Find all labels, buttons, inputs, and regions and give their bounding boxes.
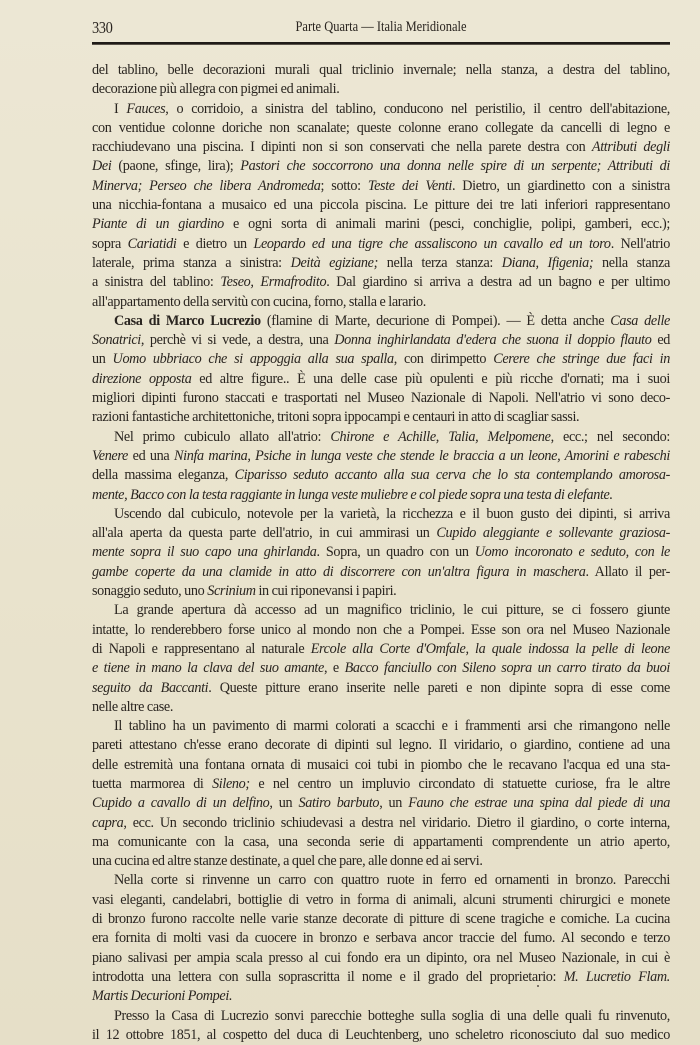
italic-text: Sonatrici (92, 332, 141, 348)
text-run: La grande apertura dà accesso ad un magn… (114, 602, 670, 618)
text-run: una cucina ed altre stanze destinate, a … (92, 853, 483, 869)
text-line: all'appartamento della servitù con cucin… (92, 293, 670, 312)
text-run: (flamine di Marte, decurione di Pompei).… (261, 313, 611, 329)
text-line: Casa di Marco Lucrezio (flamine di Marte… (92, 312, 670, 331)
text-line: laterale, prima stanza a sinistra: Deità… (92, 254, 670, 273)
italic-text: Teseo, Ermafrodito (220, 274, 326, 290)
bold-text: Casa di Marco Lucrezio (114, 313, 261, 329)
text-line: Uscendo dal cubiculo, notevole per la va… (92, 505, 670, 524)
text-run: con ventidue colonne doriche non scanala… (92, 120, 670, 136)
italic-text: Minerva; Perseo che libera Andromeda (92, 178, 321, 194)
text-run: di Napoli e rappresentano al naturale (92, 641, 311, 657)
text-run: razioni fantastiche architettoniche, tri… (92, 409, 579, 425)
text-run: il 12 ottobre 1851, al cospetto del duca… (92, 1027, 670, 1043)
text-run: . Dietro, un giardinetto con a sinistra (452, 178, 670, 194)
text-line: una nicchia-fontana a musaico ed una pic… (92, 196, 670, 215)
italic-text: Pastori che soccorrono una donna nelle s… (240, 158, 670, 174)
text-line: Presso la Casa di Lucrezio sonvi parecch… (92, 1007, 670, 1026)
italic-text: e tiene in mano la clava del suo amante (92, 660, 324, 676)
text-run: pareti attestano ch'esse erano decorate … (92, 737, 670, 753)
text-run: nella terza stanza: (378, 255, 502, 271)
text-line: gambe coperte da una clamide in atto di … (92, 563, 670, 582)
text-line: Nel primo cubiculo allato all'atrio: Chi… (92, 428, 670, 447)
text-run: ma comunicante con la casa, una seconda … (92, 834, 670, 850)
italic-text: Ninfa marina, Psiche in lunga veste che … (174, 448, 670, 464)
text-line: di Napoli e rappresentano al naturale Er… (92, 640, 670, 659)
italic-text: Chirone e Achille, Talia, Melpomene (330, 429, 550, 445)
text-line: e tiene in mano la clava del suo amante,… (92, 659, 670, 678)
text-run: , ecc.; nel secondo: (551, 429, 670, 445)
text-line: Sonatrici, perchè vi si vede, a destra, … (92, 331, 670, 350)
book-page: 330 Parte Quarta — Italia Meridionale de… (92, 14, 670, 1045)
text-line: delle estremità una fontana ornata di mu… (92, 756, 670, 775)
italic-text: Dei (92, 158, 111, 174)
text-run: e ogni sorta di animali marini (pesci, c… (224, 216, 670, 232)
text-line: decorazione più allegra con pigmei ed an… (92, 80, 670, 99)
text-run: , o corridoio, a sinistra del tablino, c… (165, 101, 670, 117)
text-run: nella stanza (593, 255, 670, 271)
text-run: laterale, prima stanza a sinistra: (92, 255, 291, 271)
text-run: Presso la Casa di Lucrezio sonvi parecch… (114, 1008, 670, 1024)
italic-text: capra (92, 815, 123, 831)
italic-text: Cerere che stringe due faci in (493, 351, 670, 367)
text-run: Uscendo dal cubiculo, notevole per la va… (114, 506, 670, 522)
body-text: del tablino, belle decorazioni murali qu… (92, 61, 670, 1045)
text-line: Cupido a cavallo di un delfino, un Satir… (92, 794, 670, 813)
italic-text: Leopardo ed una tigre che assaliscono un… (253, 236, 610, 252)
text-line: I Fauces, o corridoio, a sinistra del ta… (92, 100, 670, 119)
text-run: di bronzo furono raccolte nelle varie st… (92, 911, 670, 927)
italic-text: Cupido a cavallo di un delfino (92, 795, 269, 811)
italic-text: Cupido aleggiante e sollevante graziosa- (436, 525, 670, 541)
text-run: delle estremità una fontana ornata di mu… (92, 757, 670, 773)
text-run: sopra (92, 236, 128, 252)
text-run: sonaggio seduto, uno (92, 583, 207, 599)
text-run: vasi eleganti, candelabri, bottiglie di … (92, 892, 670, 908)
running-title: Parte Quarta — Italia Meridionale (132, 19, 629, 36)
text-run: Nel primo cubiculo allato all'atrio: (114, 429, 330, 445)
text-line: Venere ed una Ninfa marina, Psiche in lu… (92, 447, 670, 466)
text-run: del tablino, belle decorazioni murali qu… (92, 62, 670, 78)
text-run: ed (652, 332, 671, 348)
italic-text: Sileno; (212, 776, 250, 792)
text-line: seguito da Baccanti. Queste pitture eran… (92, 679, 670, 698)
italic-text: Deità egiziane; (291, 255, 378, 271)
text-run: tuetta marmorea di (92, 776, 212, 792)
italic-text: Cariatidi (128, 236, 177, 252)
text-line: vasi eleganti, candelabri, bottiglie di … (92, 891, 670, 910)
text-line: direzione opposta ed altre figure.. È un… (92, 370, 670, 389)
text-line: introdotta una lettera con sulla soprasc… (92, 968, 670, 987)
text-run: decorazione più allegra con pigmei ed an… (92, 81, 339, 97)
text-line: sopra Cariatidi e dietro un Leopardo ed … (92, 235, 670, 254)
text-line: un Uomo ubbriaco che si appoggia alla su… (92, 350, 670, 369)
italic-text: Teste dei Venti (368, 178, 452, 194)
text-line: Dei (paone, sfinge, lira); Pastori che s… (92, 157, 670, 176)
paper-speck (537, 985, 539, 987)
text-run: piano salivasi per ampia scala presso al… (92, 950, 670, 966)
text-run: una nicchia-fontana a musaico ed una pic… (92, 197, 670, 213)
text-run: . Dal giardino si arriva a destra ad un … (326, 274, 670, 290)
italic-text: Fauno che estrae una spina dal piede di … (408, 795, 670, 811)
header-rule (92, 42, 670, 45)
text-run: , con dirimpetto (394, 351, 493, 367)
text-line: all'ala aperta da questa parte dell'atri… (92, 524, 670, 543)
italic-text: Casa delle (610, 313, 670, 329)
text-run: a sinistra del tablino: (92, 274, 220, 290)
text-run: e nel centro un impluvio circondato di s… (250, 776, 670, 792)
italic-text: Ciparisso seduto accanto alla sua cerva … (235, 467, 670, 483)
running-head: 330 Parte Quarta — Italia Meridionale (92, 14, 670, 42)
italic-text: gambe coperte da una clamide in atto di … (92, 564, 585, 580)
text-line: nelle altre case. (92, 698, 670, 717)
text-run: ; sotto: (321, 178, 368, 194)
text-run: all'appartamento della servitù con cucin… (92, 294, 426, 310)
text-line: Martis Decurioni Pompei. (92, 987, 670, 1006)
italic-text: direzione opposta (92, 371, 191, 387)
italic-text: Donna inghirlandata d'edera che suona il… (334, 332, 651, 348)
page-number: 330 (92, 18, 112, 38)
text-run: intatte, lo renderebbero forse unico al … (92, 622, 670, 638)
text-run: della massima eleganza, (92, 467, 235, 483)
italic-text: Fauces (126, 101, 165, 117)
italic-text: Ercole alla Corte d'Omfale, la quale ind… (311, 641, 670, 657)
text-run: in cui riponevansi i papiri. (256, 583, 397, 599)
text-run: all'ala aperta da questa parte dell'atri… (92, 525, 436, 541)
text-run: introdotta una lettera con sulla soprasc… (92, 969, 564, 985)
italic-text: M. Lucretio Flam. (564, 969, 670, 985)
text-line: La grande apertura dà accesso ad un magn… (92, 601, 670, 620)
italic-text: Diana, Ifigenia; (502, 255, 593, 271)
italic-text: Attributi degli (592, 139, 670, 155)
italic-text: seguito da Baccanti (92, 680, 208, 696)
italic-text: Piante di un giardino (92, 216, 224, 232)
text-run: , un (269, 795, 298, 811)
text-run: era fornita di molti vasi da cuocere in … (92, 930, 670, 946)
text-line: di bronzo furono raccolte nelle varie st… (92, 910, 670, 929)
text-line: tuetta marmorea di Sileno; e nel centro … (92, 775, 670, 794)
text-line: intatte, lo renderebbero forse unico al … (92, 621, 670, 640)
text-line: Il tablino ha un pavimento di marmi colo… (92, 717, 670, 736)
text-run: . Allato il per- (585, 564, 670, 580)
text-run: (paone, sfinge, lira); (111, 158, 240, 174)
text-line: capra, ecc. Un secondo triclinio schiude… (92, 814, 670, 833)
italic-text: Uomo incoronato e seduto, con le (475, 544, 670, 560)
text-run: ed una (128, 448, 174, 464)
text-run: Nella corte si rinvenne un carro con qua… (114, 872, 670, 888)
text-run: . Queste pitture erano inserite nelle pa… (208, 680, 670, 696)
text-run: . Nell'atrio (611, 236, 670, 252)
text-run: Il tablino ha un pavimento di marmi colo… (114, 718, 670, 734)
text-run: . Sopra, un quadro con un (317, 544, 475, 560)
text-line: migliori dipinti furono staccati e trasp… (92, 389, 670, 408)
text-line: del tablino, belle decorazioni murali qu… (92, 61, 670, 80)
text-run: , perchè vi si vede, a destra, una (141, 332, 334, 348)
text-run: , ecc. Un secondo triclinio schiudevasi … (123, 815, 670, 831)
italic-text: Scrinium (207, 583, 255, 599)
text-line: a sinistra del tablino: Teseo, Ermafrodi… (92, 273, 670, 292)
text-line: sonaggio seduto, uno Scrinium in cui rip… (92, 582, 670, 601)
text-line: Minerva; Perseo che libera Andromeda; so… (92, 177, 670, 196)
text-line: razioni fantastiche architettoniche, tri… (92, 408, 670, 427)
text-run: migliori dipinti furono staccati e trasp… (92, 390, 670, 406)
text-run: nelle altre case. (92, 699, 173, 715)
italic-text: Satiro barbuto (298, 795, 379, 811)
text-line: della massima eleganza, Ciparisso seduto… (92, 466, 670, 485)
text-line: il 12 ottobre 1851, al cospetto del duca… (92, 1026, 670, 1045)
text-run: un (92, 351, 113, 367)
text-line: ma comunicante con la casa, una seconda … (92, 833, 670, 852)
italic-text: Uomo ubbriaco che si appoggia alla sua s… (113, 351, 394, 367)
text-line: era fornita di molti vasi da cuocere in … (92, 929, 670, 948)
text-run: e dietro un (177, 236, 254, 252)
text-line: una cucina ed altre stanze destinate, a … (92, 852, 670, 871)
text-line: Piante di un giardino e ogni sorta di an… (92, 215, 670, 234)
text-line: piano salivasi per ampia scala presso al… (92, 949, 670, 968)
text-run: ed altre figure.. È una delle case più o… (191, 371, 670, 387)
text-line: racchiudevano una piscina. I dipinti non… (92, 138, 670, 157)
text-line: mente, Bacco con la testa raggiante in l… (92, 486, 670, 505)
italic-text: Venere (92, 448, 128, 464)
text-line: mente sopra il suo capo una ghirlanda. S… (92, 543, 670, 562)
italic-text: Bacco fanciullo con Sileno sopra un carr… (345, 660, 670, 676)
italic-text: mente sopra il suo capo una ghirlanda (92, 544, 317, 560)
text-run: I (114, 101, 126, 117)
text-run: , un (379, 795, 408, 811)
text-line: Nella corte si rinvenne un carro con qua… (92, 871, 670, 890)
text-run: racchiudevano una piscina. I dipinti non… (92, 139, 592, 155)
italic-text: mente, Bacco con la testa raggiante in l… (92, 487, 613, 503)
text-run: , e (324, 660, 345, 676)
text-line: con ventidue colonne doriche non scanala… (92, 119, 670, 138)
italic-text: Martis Decurioni Pompei. (92, 988, 232, 1004)
text-line: pareti attestano ch'esse erano decorate … (92, 736, 670, 755)
